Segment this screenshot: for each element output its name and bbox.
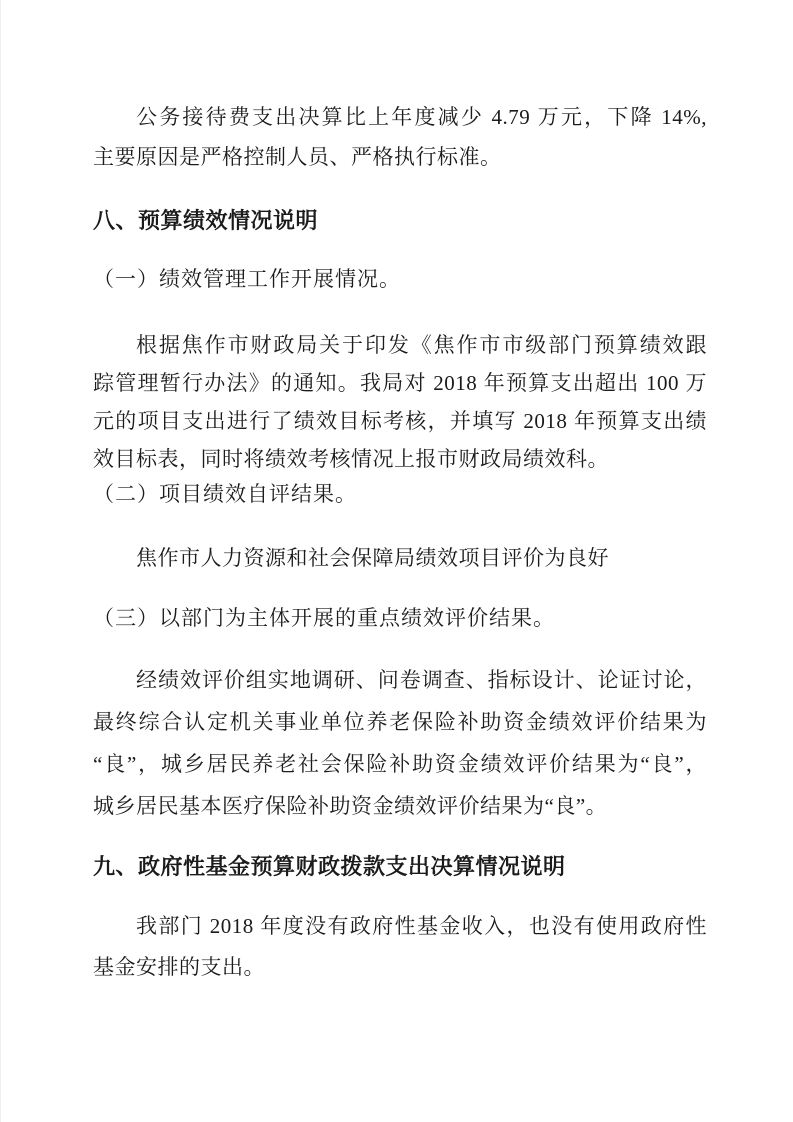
text-line: 效目标表，同时将绩效考核情况上报市财政局绩效科。: [93, 440, 707, 478]
text-line: 城乡居民基本医疗保险补助资金绩效评价结果为“良”。: [93, 785, 707, 827]
subheading-two-project-self-evaluation: （二）项目绩效自评结果。: [93, 474, 707, 514]
text-line: 踪管理暂行办法》的通知。我局对 2018 年预算支出超出 100 万: [93, 364, 707, 402]
text-line: 焦作市人力资源和社会保障局绩效项目评价为良好: [93, 538, 707, 578]
text-line: 我部门 2018 年度没有政府性基金收入，也没有使用政府性: [93, 906, 707, 947]
text-line: 元的项目支出进行了绩效目标考核，并填写 2018 年预算支出绩: [93, 402, 707, 440]
text-line: 根据焦作市财政局关于印发《焦作市市级部门预算绩效跟: [93, 326, 707, 364]
text-line: 基金安排的支出。: [93, 947, 707, 988]
text-line: 主要原因是严格控制人员、严格执行标准。: [93, 137, 707, 177]
paragraph-self-evaluation-result: 焦作市人力资源和社会保障局绩效项目评价为良好: [93, 538, 707, 578]
paragraph-government-fund-statement: 我部门 2018 年度没有政府性基金收入，也没有使用政府性 基金安排的支出。: [93, 906, 707, 988]
subheading-one-performance-management: （一）绩效管理工作开展情况。: [93, 259, 707, 299]
text-line: 最终综合认定机关事业单位养老保险补助资金绩效评价结果为: [93, 701, 707, 743]
paragraph-evaluation-results: 经绩效评价组实地调研、问卷调查、指标设计、论证讨论， 最终综合认定机关事业单位养…: [93, 659, 707, 827]
section-heading-eight-budget-performance: 八、预算绩效情况说明: [93, 201, 707, 241]
section-heading-nine-government-fund: 九、政府性基金预算财政拨款支出决算情况说明: [93, 847, 707, 887]
paragraph-official-reception-expense: 公务接待费支出决算比上年度减少 4.79 万元，下降 14%, 主要原因是严格控…: [93, 97, 707, 177]
subheading-three-key-performance-evaluation: （三）以部门为主体开展的重点绩效评价结果。: [93, 598, 707, 638]
document-body: 公务接待费支出决算比上年度减少 4.79 万元，下降 14%, 主要原因是严格控…: [93, 97, 707, 988]
paragraph-performance-assessment-basis: 根据焦作市财政局关于印发《焦作市市级部门预算绩效跟 踪管理暂行办法》的通知。我局…: [93, 326, 707, 478]
text-line: “良”，城乡居民养老社会保险补助资金绩效评价结果为“良”，: [93, 743, 707, 785]
document-page: 公务接待费支出决算比上年度减少 4.79 万元，下降 14%, 主要原因是严格控…: [0, 0, 793, 1122]
text-line: 经绩效评价组实地调研、问卷调查、指标设计、论证讨论，: [93, 659, 707, 701]
text-line: 公务接待费支出决算比上年度减少 4.79 万元，下降 14%,: [93, 97, 707, 137]
